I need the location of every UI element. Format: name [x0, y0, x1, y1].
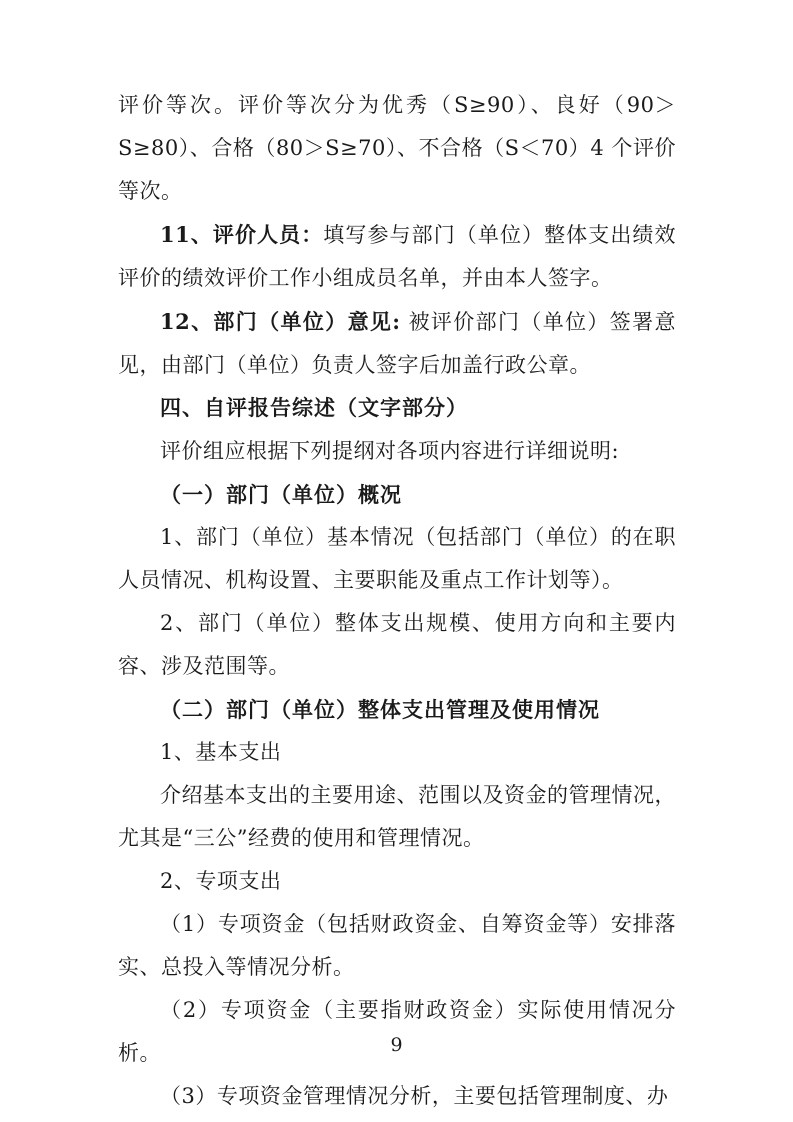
paragraph-basic-expenditure-title: 1、基本支出 — [118, 731, 676, 774]
paragraph-12-department-opinion: 12、部门（单位）意见: 被评价部门（单位）签署意见，由部门（单位）负责人签字后… — [118, 300, 676, 387]
paragraph-special-funds-arrangement: （1）专项资金（包括财政资金、自筹资金等）安排落实、总投入等情况分析。 — [118, 903, 676, 989]
heading-sub-1-department-overview: （一）部门（单位）概况 — [118, 473, 676, 516]
paragraph-special-expenditure-title: 2、专项支出 — [118, 860, 676, 903]
paragraph-special-funds-management: （3）专项资金管理情况分析，主要包括管理制度、办 — [118, 1075, 676, 1118]
paragraph-12-lead: 12、部门（单位）意见: — [160, 309, 401, 334]
paragraph-basic-expenditure-detail: 介绍基本支出的主要用途、范围以及资金的管理情况，尤其是“三公”经费的使用和管理情… — [118, 774, 676, 860]
paragraph-evaluation-grades: 评价等次。评价等次分为优秀（S≥90）、良好（90＞S≥80）、合格（80＞S≥… — [118, 84, 676, 213]
paragraph-11-lead: 11、评价人员： — [160, 222, 323, 247]
document-page: 评价等次。评价等次分为优秀（S≥90）、良好（90＞S≥80）、合格（80＞S≥… — [0, 0, 793, 1122]
paragraph-department-basic-info: 1、部门（单位）基本情况（包括部门（单位）的在职人员情况、机构设置、主要职能及重… — [118, 516, 676, 602]
paragraph-outline-intro: 评价组应根据下列提纲对各项内容进行详细说明: — [118, 430, 676, 473]
heading-sub-2-expenditure-management: （二）部门（单位）整体支出管理及使用情况 — [118, 688, 676, 731]
paragraph-overall-expenditure-scale: 2、部门（单位）整体支出规模、使用方向和主要内容、涉及范围等。 — [118, 602, 676, 688]
page-number: 9 — [0, 1032, 793, 1058]
document-content: 评价等次。评价等次分为优秀（S≥90）、良好（90＞S≥80）、合格（80＞S≥… — [118, 84, 676, 1118]
heading-section-4-self-evaluation-report: 四、自评报告综述（文字部分） — [118, 387, 676, 430]
paragraph-11-evaluators: 11、评价人员：填写参与部门（单位）整体支出绩效评价的绩效评价工作小组成员名单，… — [118, 213, 676, 300]
